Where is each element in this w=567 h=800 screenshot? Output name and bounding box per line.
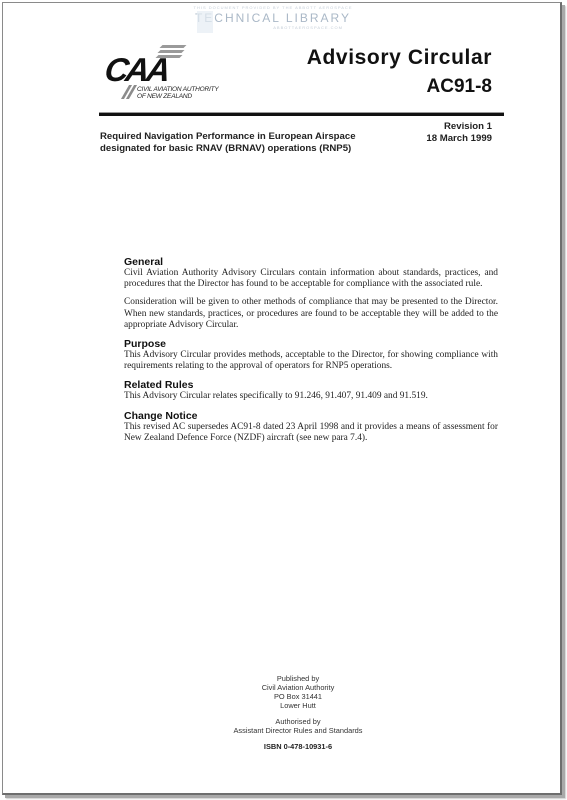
watermark-main: TECHNICAL LIBRARY: [193, 11, 353, 25]
document-body: General Civil Aviation Authority Advisor…: [124, 256, 498, 451]
logo-text: CIVIL AVIATION AUTHORITY OF NEW ZEALAND: [137, 86, 219, 100]
watermark-book-icon: [197, 11, 213, 33]
section-heading: General: [124, 256, 498, 268]
section-paragraph: Consideration will be given to other met…: [124, 297, 498, 331]
subtitle-line-2: designated for basic RNAV (BRNAV) operat…: [100, 143, 410, 155]
publisher-po-box: PO Box 31441: [183, 692, 413, 701]
section-purpose: Purpose This Advisory Circular provides …: [124, 338, 498, 372]
logo-line-2: OF NEW ZEALAND: [137, 93, 219, 100]
revision-number: Revision 1: [426, 121, 492, 133]
revision-info: Revision 1 18 March 1999: [426, 121, 492, 145]
subtitle-line-1: Required Navigation Performance in Europ…: [100, 131, 410, 143]
section-heading: Related Rules: [124, 379, 498, 391]
watermark-technical-library: THIS DOCUMENT PROVIDED BY THE ABBOTT AER…: [193, 5, 353, 35]
section-paragraph: This Advisory Circular provides methods,…: [124, 350, 498, 372]
section-paragraph: This revised AC supersedes AC91-8 dated …: [124, 422, 498, 444]
document-number: AC91-8: [427, 76, 492, 98]
section-change-notice: Change Notice This revised AC supersedes…: [124, 410, 498, 444]
header-divider: [99, 113, 504, 116]
published-by-label: Published by: [183, 674, 413, 683]
document-title: Advisory Circular: [307, 46, 492, 70]
section-heading: Purpose: [124, 338, 498, 350]
authoriser-name: Assistant Director Rules and Standards: [183, 726, 413, 735]
document-page: THIS DOCUMENT PROVIDED BY THE ABBOTT AER…: [2, 2, 562, 795]
revision-date: 18 March 1999: [426, 133, 492, 145]
section-paragraph: Civil Aviation Authority Advisory Circul…: [124, 268, 498, 290]
authoriser-block: Authorised by Assistant Director Rules a…: [183, 717, 413, 735]
logo-acronym: CAA: [102, 51, 170, 89]
caa-logo: CAA CIVIL AVIATION AUTHORITY OF NEW ZEAL…: [103, 45, 253, 109]
logo-slashes-icon: [121, 85, 135, 99]
publisher-name: Civil Aviation Authority: [183, 683, 413, 692]
publication-footer: Published by Civil Aviation Authority PO…: [183, 674, 413, 751]
watermark-top-line: THIS DOCUMENT PROVIDED BY THE ABBOTT AER…: [193, 5, 353, 10]
section-heading: Change Notice: [124, 410, 498, 422]
watermark-sub: ABBOTTAEROSPACE.COM: [193, 25, 353, 30]
section-paragraph: This Advisory Circular relates specifica…: [124, 391, 498, 402]
publisher-city: Lower Hutt: [183, 701, 413, 710]
authorised-by-label: Authorised by: [183, 717, 413, 726]
publisher-block: Published by Civil Aviation Authority PO…: [183, 674, 413, 710]
section-related-rules: Related Rules This Advisory Circular rel…: [124, 379, 498, 402]
isbn: ISBN 0-478-10931-6: [183, 742, 413, 751]
logo-line-1: CIVIL AVIATION AUTHORITY: [137, 86, 219, 93]
document-subtitle: Required Navigation Performance in Europ…: [100, 131, 410, 155]
section-general: General Civil Aviation Authority Advisor…: [124, 256, 498, 331]
